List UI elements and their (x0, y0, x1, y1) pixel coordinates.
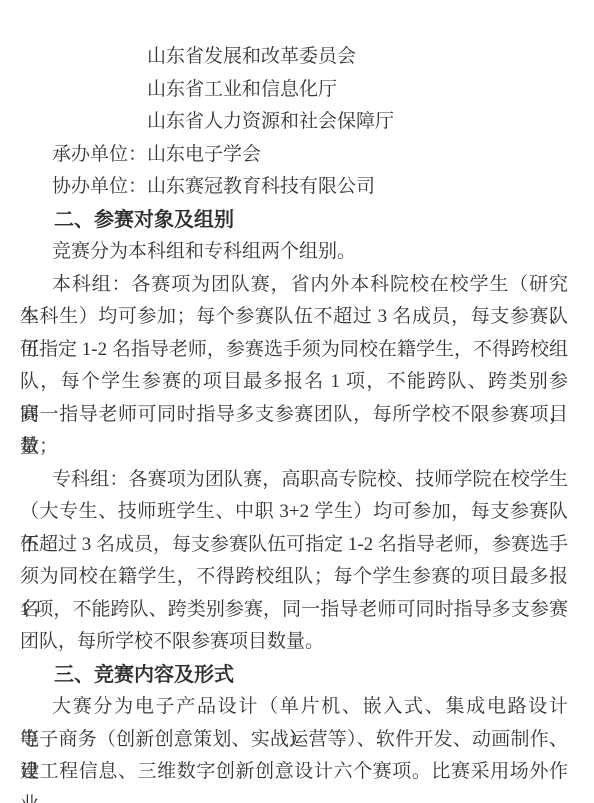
organizer-line: 山东省工业和信息化厅 (20, 74, 568, 107)
body-line: 量； (20, 431, 568, 464)
body-line: 设工程信息、三维数字创新创意设计六个赛项。比赛采用场外作业、 (20, 756, 568, 789)
body-line: 不超过 3 名成员，每支参赛队伍可指定 1-2 名指导老师，参赛选手 (20, 529, 568, 562)
body-line: 同一指导老师可同时指导多支参赛团队，每所学校不限参赛项目数 (20, 399, 568, 432)
body-line: 专科组：各赛项为团队赛，高职高专院校、技师学院在校学生 (20, 464, 568, 497)
body-line: 团队，每所学校不限参赛项目数量。 (20, 626, 568, 659)
body-line: （大专生、技师班学生、中职 3+2 学生）均可参加，每支参赛队伍 (20, 496, 568, 529)
body-line: 可指定 1-2 名指导老师，参赛选手须为同校在籍学生，不得跨校组 (20, 334, 568, 367)
organizer-line: 山东省人力资源和社会保障厅 (20, 106, 568, 139)
body-line: 大赛分为电子产品设计（单片机、嵌入式、集成电路设计等）、 (20, 691, 568, 724)
undertaker-unit-line: 承办单位：山东电子学会 (20, 139, 568, 172)
section-heading-participants: 二、参赛对象及组别 (20, 204, 568, 237)
body-line: 须为同校在籍学生，不得跨校组队；每个学生参赛的项目最多报名 (20, 561, 568, 594)
document-page: 山东省发展和改革委员会 山东省工业和信息化厅 山东省人力资源和社会保障厅 承办单… (0, 0, 594, 803)
section-heading-content-format: 三、竞赛内容及形式 (20, 659, 568, 692)
organizer-line: 山东省发展和改革委员会 (20, 41, 568, 74)
body-line: 竞赛分为本科组和专科组两个组别。 (20, 236, 568, 269)
body-line: 本科组：各赛项为团队赛，省内外本科院校在校学生（研究生、 (20, 269, 568, 302)
co-organizer-unit-line: 协办单位：山东赛冠教育科技有限公司 (20, 171, 568, 204)
body-line: 本科生）均可参加；每个参赛队伍不超过 3 名成员，每支参赛队伍 (20, 301, 568, 334)
body-line: 队，每个学生参赛的项目最多报名 1 项，不能跨队、跨类别参赛， (20, 366, 568, 399)
body-line: 电子商务（创新创意策划、实战运营等）、软件开发、动画制作、建 (20, 724, 568, 757)
body-line: 1 项，不能跨队、跨类别参赛，同一指导老师可同时指导多支参赛 (20, 594, 568, 627)
